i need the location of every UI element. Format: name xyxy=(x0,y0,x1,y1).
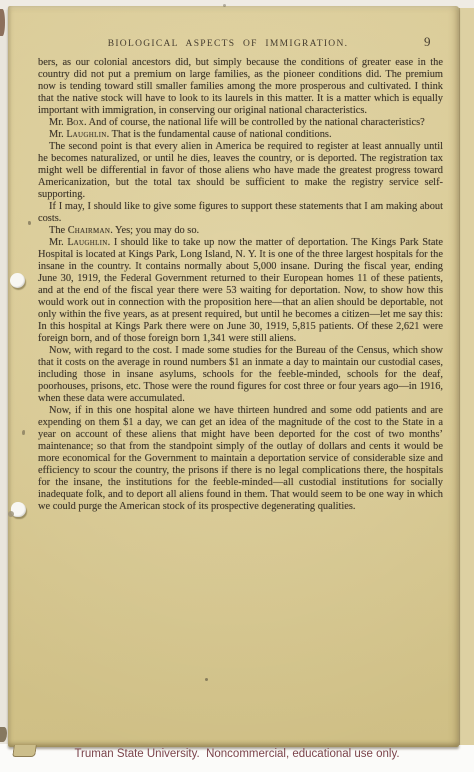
paragraph-text: . And of course, the national life will … xyxy=(84,117,425,128)
paragraph-text: Mr. L xyxy=(49,237,74,248)
paragraph-text: Mr. L xyxy=(49,129,73,140)
punch-hole-top xyxy=(10,273,25,288)
speaker-name: ox xyxy=(73,117,84,128)
paragraph-text: . That is the fundamental cause of natio… xyxy=(107,129,332,140)
paragraph-text: . Yes; you may do so. xyxy=(110,225,199,236)
paragraph: The second point is that every alien in … xyxy=(38,141,443,201)
paragraph-text: Mr. B xyxy=(49,117,73,128)
paragraph: Mr. Box. And of course, the national lif… xyxy=(38,117,443,129)
page-edge-tear-bottom xyxy=(0,727,7,742)
page-number: 9 xyxy=(424,34,431,50)
paragraph-text: The second point is that every alien in … xyxy=(38,141,443,200)
speaker-name: aughlin xyxy=(73,129,107,140)
paragraph: If I may, I should like to give some fig… xyxy=(38,201,443,225)
paragraph-text: If I may, I should like to give some fig… xyxy=(38,201,443,224)
scan-speck xyxy=(205,678,208,681)
paragraph-text: The C xyxy=(49,225,75,236)
page-edge-tear-top xyxy=(0,9,5,36)
punch-hole-bottom xyxy=(11,502,26,517)
paragraph: bers, as our colonial ancestors did, but… xyxy=(38,57,443,117)
paragraph: Mr. Laughlin. I should like to take up n… xyxy=(38,237,443,345)
document-page: BIOLOGICAL ASPECTS OF IMMIGRATION. 9 ber… xyxy=(8,6,459,747)
attribution-text: Truman State University. Noncommercial, … xyxy=(0,748,474,760)
scan-speck xyxy=(28,221,31,225)
body-text: bers, as our colonial ancestors did, but… xyxy=(38,57,443,513)
speaker-name: hairman xyxy=(75,225,111,236)
paragraph-text: bers, as our colonial ancestors did, but… xyxy=(38,57,443,116)
paragraph-text: Now, with regard to the cost. I made som… xyxy=(38,345,443,404)
under-page-edge xyxy=(458,8,474,745)
scan-speck xyxy=(223,4,226,7)
paragraph-text: Now, if in this one hospital alone we ha… xyxy=(38,405,443,512)
scan-speck xyxy=(22,430,25,435)
speaker-name: aughlin xyxy=(74,237,108,248)
paragraph: Now, with regard to the cost. I made som… xyxy=(38,345,443,405)
paragraph: Now, if in this one hospital alone we ha… xyxy=(38,405,443,513)
running-head: BIOLOGICAL ASPECTS OF IMMIGRATION. xyxy=(38,39,418,49)
paragraph: Mr. Laughlin. That is the fundamental ca… xyxy=(38,129,443,141)
paragraph: The Chairman. Yes; you may do so. xyxy=(38,225,443,237)
paragraph-text: . I should like to take up now the matte… xyxy=(38,237,443,344)
